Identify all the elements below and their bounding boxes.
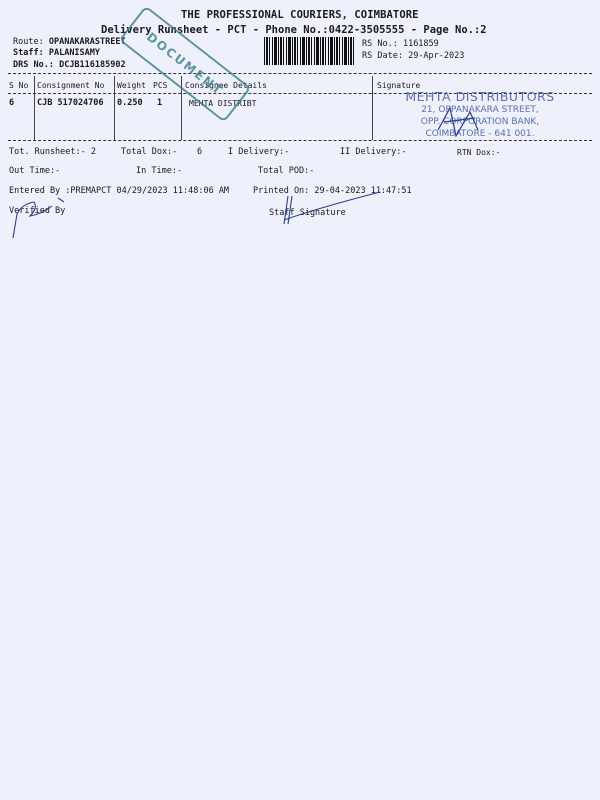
cell-consignment-no: CJB 517024706 bbox=[37, 98, 104, 108]
total-pod: Total POD:- bbox=[258, 166, 314, 176]
consignee-signature-icon bbox=[430, 100, 490, 145]
rs-date-label: RS Date: bbox=[362, 51, 403, 61]
cell-s-no: 6 bbox=[9, 98, 14, 108]
col-sep bbox=[34, 76, 35, 140]
i-delivery: I Delivery:- bbox=[228, 147, 289, 157]
route-value: OPANAKARASTREET bbox=[49, 37, 126, 47]
divider-top bbox=[8, 73, 592, 74]
in-time: In Time:- bbox=[136, 166, 182, 176]
cell-pcs: 1 bbox=[157, 98, 162, 108]
out-time: Out Time:- bbox=[9, 166, 60, 176]
rs-no-value: 1161859 bbox=[403, 39, 439, 49]
route-line: Route: OPANAKARASTREET bbox=[13, 37, 126, 47]
tot-runsheet: Tot. Runsheet:- 2 bbox=[9, 147, 96, 157]
col-s-no: S No bbox=[9, 81, 28, 90]
col-sep bbox=[114, 76, 115, 140]
route-label: Route: bbox=[13, 37, 44, 47]
staff-value: PALANISAMY bbox=[49, 48, 100, 58]
staff-signature-icon bbox=[278, 188, 388, 228]
col-pcs: PCS bbox=[153, 81, 167, 90]
rs-date-line: RS Date: 29-Apr-2023 bbox=[362, 51, 464, 61]
drs-value: DCJB116185902 bbox=[59, 60, 126, 70]
verifier-signature-icon bbox=[8, 196, 68, 246]
drs-label: DRS No.: bbox=[13, 60, 54, 70]
divider-bottom bbox=[8, 140, 592, 141]
rs-no-line: RS No.: 1161859 bbox=[362, 39, 439, 49]
total-dox-label: Total Dox:- bbox=[121, 147, 177, 157]
barcode bbox=[264, 37, 354, 65]
cell-weight: 0.250 bbox=[117, 98, 143, 108]
rs-no-label: RS No.: bbox=[362, 39, 398, 49]
rtn-dox: RTN Dox:- bbox=[457, 148, 500, 157]
rs-date-value: 29-Apr-2023 bbox=[408, 51, 464, 61]
drs-line: DRS No.: DCJB116185902 bbox=[13, 60, 126, 70]
entered-by: Entered By :PREMAPCT 04/29/2023 11:48:06… bbox=[9, 186, 229, 196]
col-consignment-no: Consignment No bbox=[37, 81, 104, 90]
ii-delivery: II Delivery:- bbox=[340, 147, 407, 157]
total-dox-value: 6 bbox=[197, 147, 202, 157]
col-sep bbox=[372, 76, 373, 140]
col-weight: Weight bbox=[117, 81, 146, 90]
staff-line: Staff: PALANISAMY bbox=[13, 48, 100, 58]
company-title: THE PROFESSIONAL COURIERS, COIMBATORE bbox=[181, 9, 419, 21]
staff-label: Staff: bbox=[13, 48, 44, 58]
